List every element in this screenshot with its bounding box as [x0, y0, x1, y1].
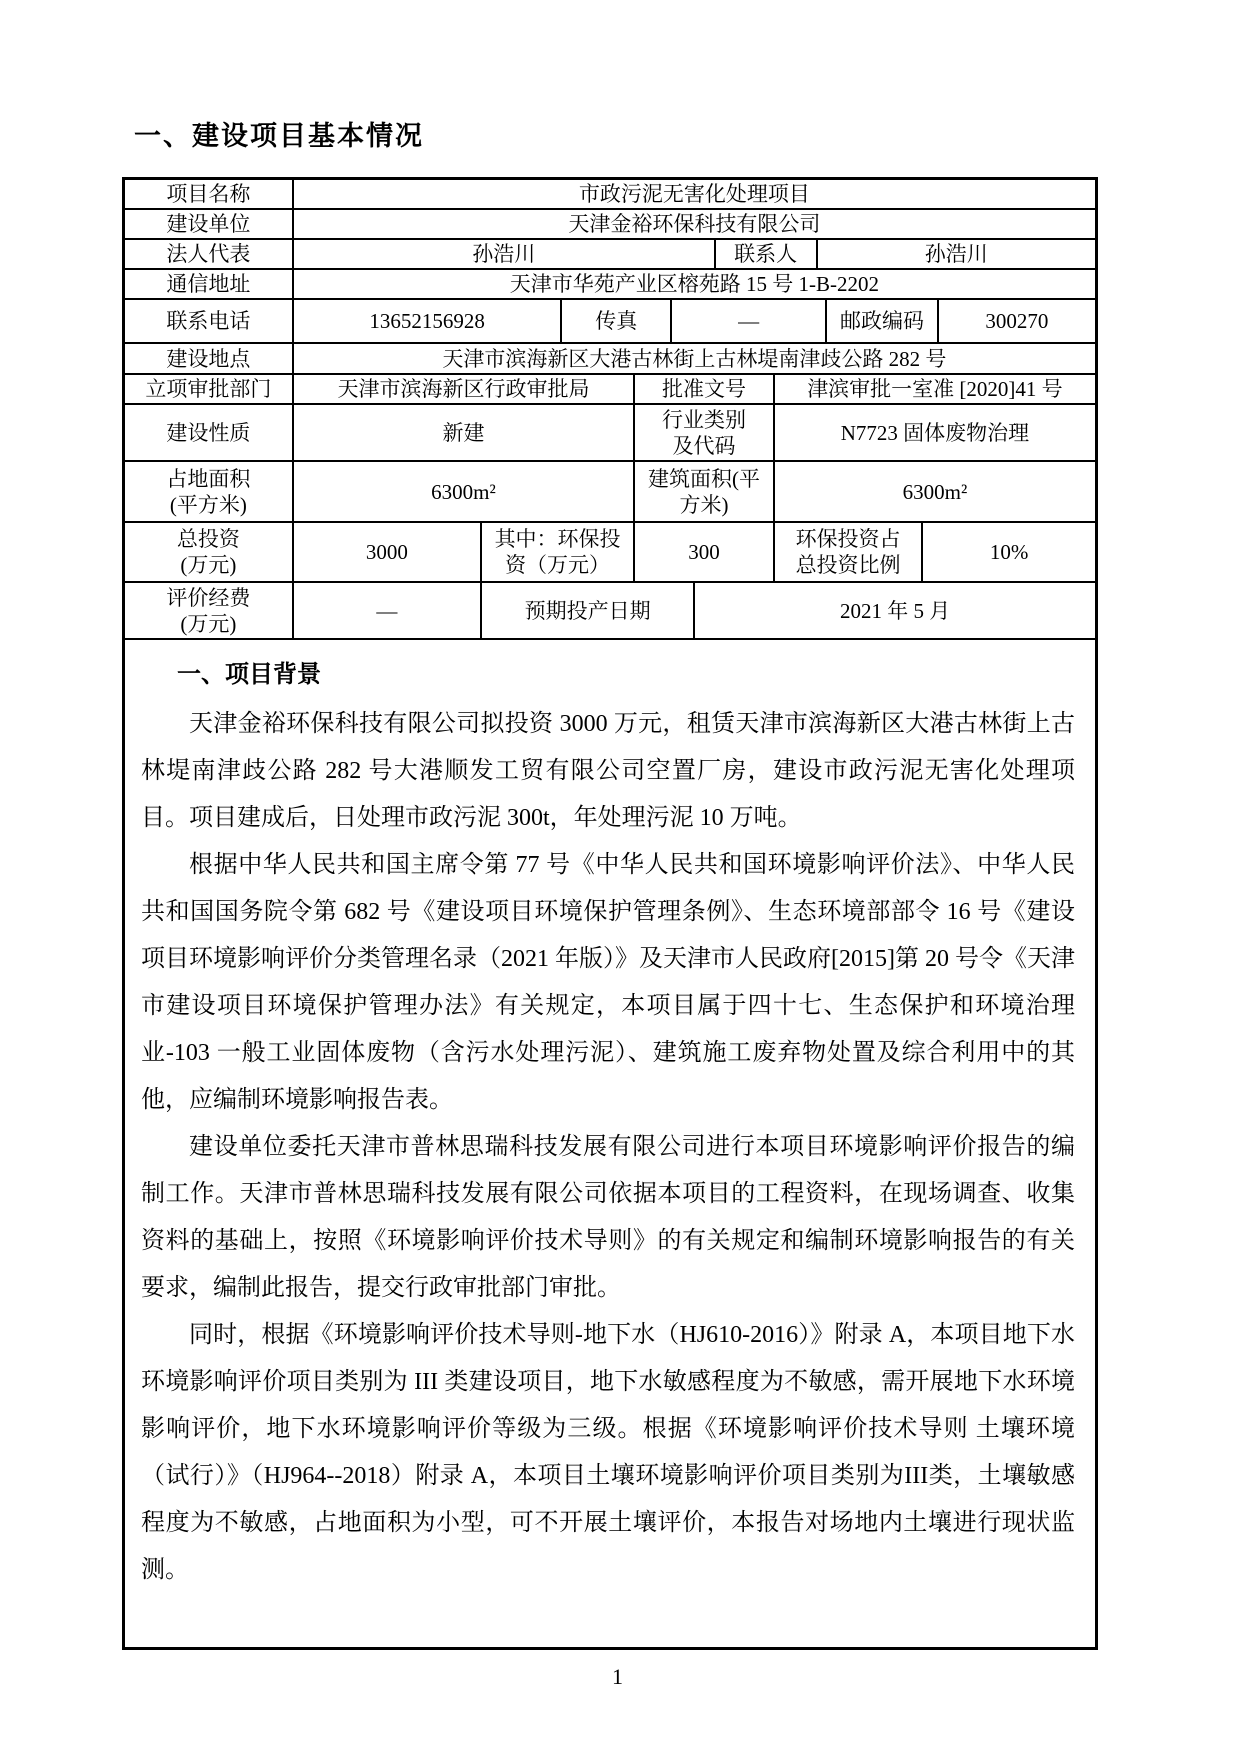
- building-area-label: 建筑面积(平 方米): [635, 462, 775, 521]
- approval-department-label: 立项审批部门: [125, 375, 294, 403]
- table-row: 法人代表 孙浩川 联系人 孙浩川: [125, 240, 1095, 270]
- project-name-value: 市政污泥无害化处理项目: [294, 180, 1095, 208]
- postal-code-label: 邮政编码: [827, 300, 939, 342]
- fax-value: —: [672, 300, 827, 342]
- construction-site-value: 天津市滨海新区大港古林街上古林堤南津歧公路 282 号: [294, 344, 1095, 373]
- env-investment-ratio-value: 10%: [923, 523, 1095, 581]
- total-investment-value: 3000: [294, 523, 482, 581]
- project-background-section: 一、项目背景 天津金裕环保科技有限公司拟投资 3000 万元，租赁天津市滨海新区…: [125, 640, 1095, 1647]
- project-name-label: 项目名称: [125, 180, 294, 208]
- approval-number-value: 津滨审批一室准 [2020]41 号: [775, 375, 1095, 403]
- construction-unit-value: 天津金裕环保科技有限公司: [294, 210, 1095, 238]
- fax-label: 传真: [562, 300, 672, 342]
- basic-info-table: 项目名称 市政污泥无害化处理项目 建设单位 天津金裕环保科技有限公司 法人代表 …: [122, 177, 1098, 1650]
- env-investment-label: 其中：环保投 资（万元）: [482, 523, 635, 581]
- construction-site-label: 建设地点: [125, 344, 294, 373]
- land-area-value: 6300m²: [294, 462, 635, 521]
- postal-code-value: 300270: [939, 300, 1095, 342]
- table-row: 项目名称 市政污泥无害化处理项目: [125, 180, 1095, 210]
- mailing-address-label: 通信地址: [125, 270, 294, 298]
- evaluation-fee-value: —: [294, 583, 482, 638]
- table-row: 评价经费 (万元) — 预期投产日期 2021 年 5 月: [125, 583, 1095, 640]
- page-number: 1: [0, 1664, 1235, 1690]
- approval-department-value: 天津市滨海新区行政审批局: [294, 375, 635, 403]
- table-row: 占地面积 (平方米) 6300m² 建筑面积(平 方米) 6300m²: [125, 462, 1095, 523]
- total-investment-label: 总投资 (万元): [125, 523, 294, 581]
- contact-phone-label: 联系电话: [125, 300, 294, 342]
- industry-category-label: 行业类别 及代码: [635, 405, 775, 460]
- construction-unit-label: 建设单位: [125, 210, 294, 238]
- evaluation-fee-label: 评价经费 (万元): [125, 583, 294, 638]
- background-heading: 一、项目背景: [177, 654, 1075, 689]
- contact-phone-value: 13652156928: [294, 300, 563, 342]
- background-paragraph-3: 建设单位委托天津市普林思瑞科技发展有限公司进行本项目环境影响评价报告的编制工作。…: [141, 1124, 1075, 1312]
- building-area-value: 6300m²: [775, 462, 1095, 521]
- land-area-label: 占地面积 (平方米): [125, 462, 294, 521]
- document-page: 一、建设项目基本情况 项目名称 市政污泥无害化处理项目 建设单位 天津金裕环保科…: [0, 0, 1235, 1749]
- production-date-label: 预期投产日期: [482, 583, 695, 638]
- contact-person-value: 孙浩川: [818, 240, 1095, 268]
- section-title: 一、建设项目基本情况: [134, 114, 424, 153]
- legal-representative-value: 孙浩川: [294, 240, 716, 268]
- table-row: 立项审批部门 天津市滨海新区行政审批局 批准文号 津滨审批一室准 [2020]4…: [125, 375, 1095, 405]
- table-row: 建设性质 新建 行业类别 及代码 N7723 固体废物治理: [125, 405, 1095, 462]
- table-row: 总投资 (万元) 3000 其中：环保投 资（万元） 300 环保投资占 总投资…: [125, 523, 1095, 583]
- table-row: 通信地址 天津市华苑产业区榕苑路 15 号 1-B-2202: [125, 270, 1095, 300]
- background-paragraph-2: 根据中华人民共和国主席令第 77 号《中华人民共和国环境影响评价法》、中华人民共…: [141, 842, 1075, 1124]
- env-investment-ratio-label: 环保投资占 总投资比例: [775, 523, 923, 581]
- background-paragraph-4: 同时，根据《环境影响评价技术导则-地下水（HJ610-2016）》附录 A，本项…: [141, 1312, 1075, 1594]
- industry-category-value: N7723 固体废物治理: [775, 405, 1095, 460]
- legal-representative-label: 法人代表: [125, 240, 294, 268]
- env-investment-value: 300: [635, 523, 775, 581]
- table-row: 联系电话 13652156928 传真 — 邮政编码 300270: [125, 300, 1095, 344]
- production-date-value: 2021 年 5 月: [695, 583, 1095, 638]
- approval-number-label: 批准文号: [635, 375, 775, 403]
- construction-nature-value: 新建: [294, 405, 635, 460]
- table-row: 建设单位 天津金裕环保科技有限公司: [125, 210, 1095, 240]
- table-row: 建设地点 天津市滨海新区大港古林街上古林堤南津歧公路 282 号: [125, 344, 1095, 375]
- mailing-address-value: 天津市华苑产业区榕苑路 15 号 1-B-2202: [294, 270, 1095, 298]
- contact-person-label: 联系人: [716, 240, 818, 268]
- construction-nature-label: 建设性质: [125, 405, 294, 460]
- background-paragraph-1: 天津金裕环保科技有限公司拟投资 3000 万元，租赁天津市滨海新区大港古林街上古…: [141, 701, 1075, 842]
